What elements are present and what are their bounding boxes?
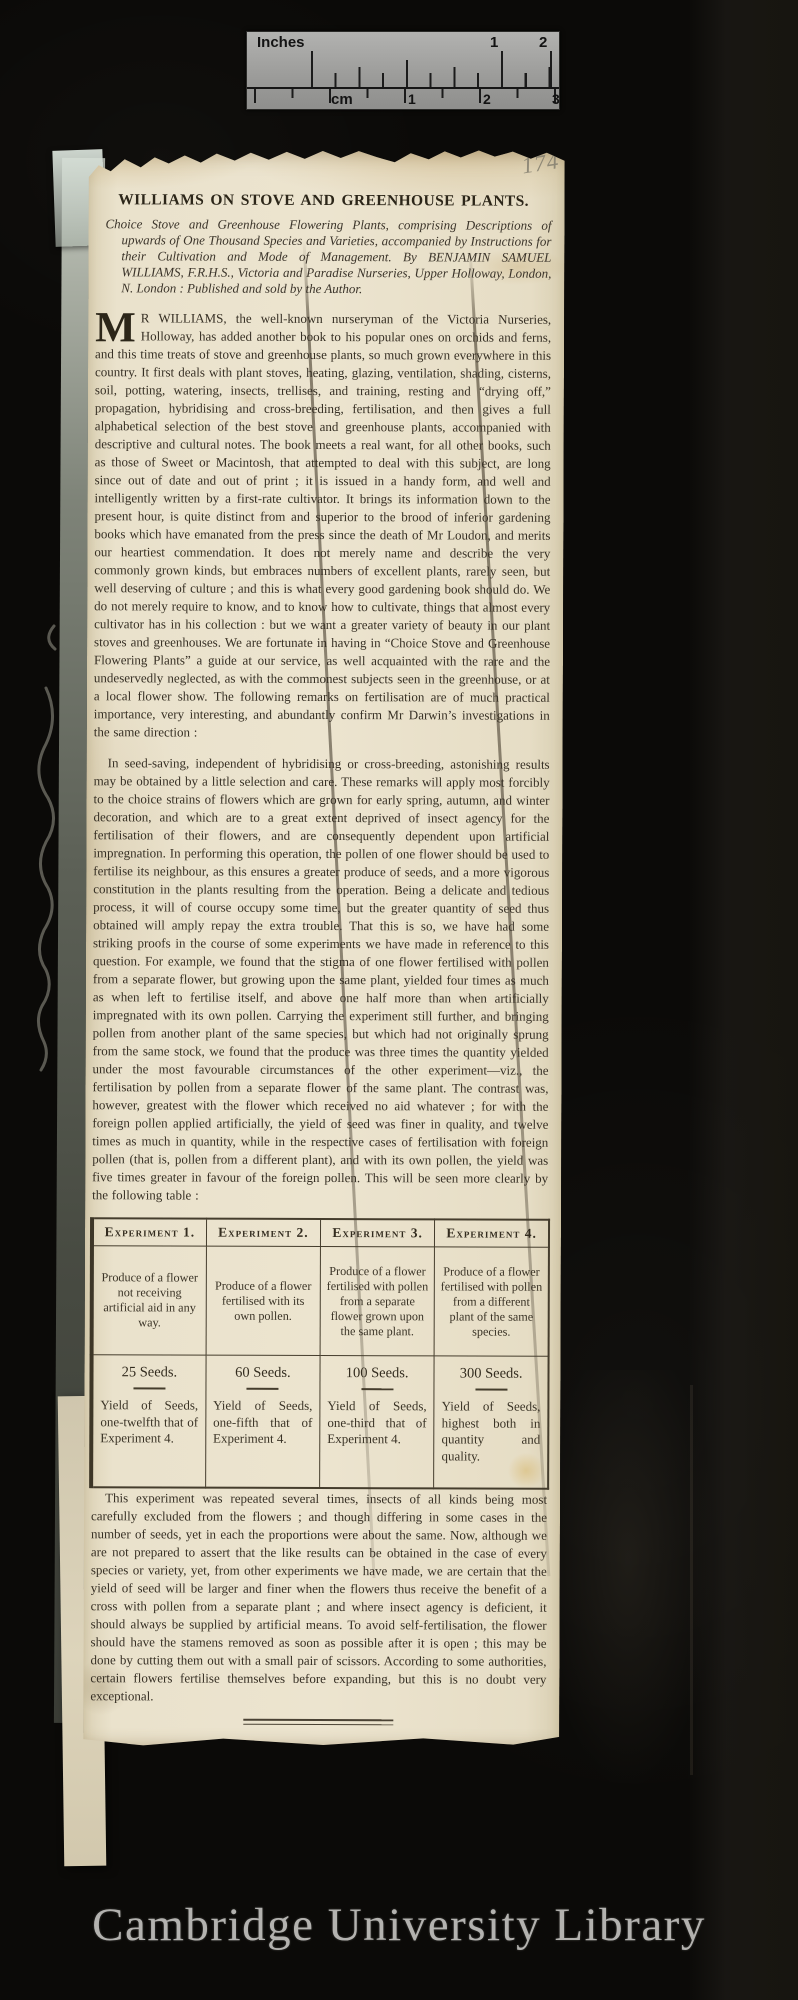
photo-scale-ruler: Inches 1 2 cm 1 2 3 <box>246 31 560 110</box>
table-header-row: Experiment 1. Experiment 2. Experiment 3… <box>92 1218 549 1247</box>
experiment-4-header: Experiment 4. <box>435 1219 549 1247</box>
cell-divider <box>475 1389 507 1391</box>
ruler-tick-row <box>311 51 559 87</box>
yield-note: Yield of Seeds, one-fifth that of Experi… <box>213 1398 312 1448</box>
cell-divider <box>133 1387 165 1389</box>
handwritten-marginalia <box>24 618 68 1088</box>
ruler-inch-number-1: 1 <box>490 34 498 51</box>
yield-note: Yield of Seeds, one-third that of Experi… <box>327 1398 426 1448</box>
pencil-scrawl-icon <box>24 618 68 1088</box>
yield-note: Yield of Seeds, highest both in quantity… <box>441 1398 540 1464</box>
experiment-3-description: Produce of a flower fertilised with poll… <box>320 1246 435 1355</box>
experiment-2-result: 60 Seeds. Yield of Seeds, one-fifth that… <box>205 1355 320 1488</box>
seed-count: 300 Seeds. <box>442 1365 541 1382</box>
cell-divider <box>247 1388 279 1390</box>
article-paragraph-3: This experiment was repeated several tim… <box>90 1489 547 1707</box>
seed-count: 25 Seeds. <box>100 1364 198 1381</box>
experiment-1-description: Produce of a flower not receiving artifi… <box>92 1246 207 1355</box>
experiment-2-header: Experiment 2. <box>206 1219 320 1247</box>
ruler-cm-label: cm <box>331 91 353 108</box>
article-paragraph-2: In seed-saving, independent of hybridisi… <box>92 754 550 1206</box>
ruler-tick <box>550 51 552 87</box>
experiment-4-description: Produce of a flower fertilised with poll… <box>434 1247 549 1356</box>
experiments-table: Experiment 1. Experiment 2. Experiment 3… <box>89 1217 550 1490</box>
article-title: WILLIAMS ON STOVE AND GREENHOUSE PLANTS. <box>96 191 552 211</box>
ruler-cm-ticks <box>254 89 557 109</box>
newspaper-clipping: 174 WILLIAMS ON STOVE AND GREENHOUSE PLA… <box>83 147 565 1749</box>
seed-count: 60 Seeds. <box>213 1365 312 1382</box>
experiment-3-result: 100 Seeds. Yield of Seeds, one-third tha… <box>320 1355 435 1488</box>
seed-count: 100 Seeds. <box>327 1365 426 1382</box>
ruler-tick-row <box>254 89 557 103</box>
experiment-1-header: Experiment 1. <box>92 1218 206 1246</box>
experiment-1-result: 25 Seeds. Yield of Seeds, one-twelfth th… <box>91 1355 206 1488</box>
article-paragraph-1: MR WILLIAMS, the well-known nurseryman o… <box>94 309 552 743</box>
ruler-inch-number-2: 2 <box>539 34 547 51</box>
cell-divider <box>361 1388 393 1390</box>
ruler-inch-ticks <box>311 32 559 87</box>
table-result-row: 25 Seeds. Yield of Seeds, one-twelfth th… <box>91 1355 548 1489</box>
ruler-cm-number-3: 3 <box>552 91 560 107</box>
paragraph-text: R WILLIAMS, the well-known nurseryman of… <box>94 310 551 739</box>
book-edge-highlight <box>690 1385 693 1775</box>
drop-cap: M <box>95 309 141 345</box>
experiment-2-description: Produce of a flower fertilised with its … <box>206 1246 321 1355</box>
experiment-3-header: Experiment 3. <box>320 1219 434 1247</box>
library-watermark: Cambridge University Library <box>0 1898 798 1952</box>
ruler-inches-label: Inches <box>257 34 305 51</box>
experiment-4-result: 300 Seeds. Yield of Seeds, highest both … <box>434 1356 549 1489</box>
ruler-cm-number-2: 2 <box>483 91 491 107</box>
article-bibliography: Choice Stove and Greenhouse Flowering Pl… <box>95 216 551 298</box>
article-end-rule <box>243 1719 393 1726</box>
yield-note: Yield of Seeds, one-twelfth that of Expe… <box>100 1397 198 1447</box>
ruler-cm-number-1: 1 <box>408 91 416 107</box>
table-description-row: Produce of a flower not receiving artifi… <box>92 1246 549 1357</box>
article-content: WILLIAMS ON STOVE AND GREENHOUSE PLANTS.… <box>90 191 551 1726</box>
